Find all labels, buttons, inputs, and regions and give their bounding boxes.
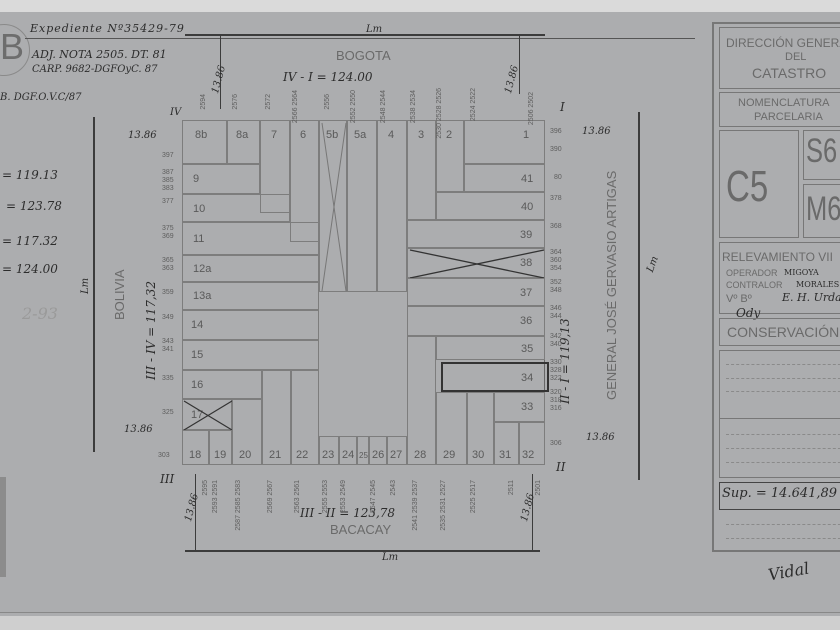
door-numbers-north-9: 2530 2528 2526 xyxy=(436,88,462,139)
sheet-letter: B xyxy=(0,26,24,68)
door-numbers-east-4: 378 xyxy=(550,195,562,203)
divider xyxy=(719,418,840,419)
expediente-underline xyxy=(25,38,695,39)
cross-mark xyxy=(408,249,546,279)
lot-40[interactable]: 40 xyxy=(436,192,545,220)
street-north: BOGOTA xyxy=(336,48,391,63)
door-numbers-south-14: 2501 xyxy=(535,480,543,496)
conservacion-lines-box xyxy=(719,350,840,478)
door-numbers-west-7: 349 xyxy=(162,314,174,322)
door-numbers-south-3: 2587 2585 2583 xyxy=(235,480,261,531)
lot-17[interactable]: 17 xyxy=(182,399,232,430)
measure-2: = 123.78 xyxy=(6,199,62,213)
door-numbers-west-9: 335 xyxy=(162,375,174,383)
door-numbers-south-13: 2511 xyxy=(508,480,516,495)
north-street-line xyxy=(185,34,545,36)
contralor-value: MORALES xyxy=(796,280,839,289)
door-numbers-north-10: 2524 2522 xyxy=(470,88,488,121)
lot-25[interactable]: 25 xyxy=(357,436,369,465)
door-numbers-west-11: 303 xyxy=(158,452,170,460)
door-numbers-north-6: 2552 2550 xyxy=(350,90,368,123)
door-numbers-north-11: 2506 2502 xyxy=(528,92,546,125)
side-west-measure: III - IV = 117,32 xyxy=(144,281,158,380)
operador-label: OPERADOR xyxy=(726,268,778,278)
lot-3[interactable]: 3 xyxy=(407,120,436,220)
chamfer-sw-v: 13.86 xyxy=(183,492,201,523)
door-numbers-north-4: 2566 2564 xyxy=(292,90,310,123)
measure-3: = 117.32 xyxy=(2,234,58,248)
lot-34[interactable]: 34 xyxy=(441,362,549,392)
door-numbers-east-6: 364 360 354 xyxy=(550,249,566,273)
street-west: BOLIVIA xyxy=(112,269,127,320)
chamfer-se-h: 13.86 xyxy=(586,432,615,443)
south-street-line xyxy=(185,550,540,552)
measure-4: = 124.00 xyxy=(2,262,58,276)
cadastral-sheet: B Expediente Nº35429-79 ADJ. NOTA 2505. … xyxy=(0,12,840,616)
dotted-line xyxy=(726,391,840,392)
side-north-measure: IV - I = 124.00 xyxy=(283,70,373,84)
lot-23[interactable]: 23 xyxy=(319,436,339,465)
lot-20[interactable]: 20 xyxy=(232,399,262,465)
lot-19[interactable]: 19 xyxy=(209,430,232,465)
lot-32[interactable]: 32 xyxy=(519,422,545,465)
operador-value: MIGOYA xyxy=(784,268,819,277)
door-numbers-east-10: 330 328 322 xyxy=(550,359,566,383)
door-numbers-south-4: 2569 2567 xyxy=(267,480,285,513)
door-numbers-north-3: 2572 xyxy=(265,94,273,110)
lot-9[interactable]: 9 xyxy=(182,164,260,194)
door-numbers-north-8: 2538 2534 xyxy=(410,90,428,123)
dotted-line xyxy=(726,524,840,525)
door-numbers-west-6: 359 xyxy=(162,289,174,297)
lot-22[interactable]: 22 xyxy=(291,370,319,465)
lot-21[interactable]: 21 xyxy=(262,370,291,465)
lot-14[interactable]: 14 xyxy=(182,310,319,340)
door-numbers-south-8: 2547 2545 xyxy=(370,480,388,513)
cross-mark xyxy=(320,121,348,293)
chamfer-ne-h: 13.86 xyxy=(582,126,611,137)
note-line-2: CARP. 9682-DGFOyC. 87 xyxy=(32,64,157,75)
east-street-line xyxy=(638,112,640,480)
faded-figure xyxy=(0,477,6,577)
door-numbers-west-10: 325 xyxy=(162,409,174,417)
west-street-line xyxy=(93,117,95,452)
door-numbers-south-10: 2541 2539 2537 xyxy=(412,480,438,531)
scan-top-margin xyxy=(0,0,840,12)
lot-10[interactable]: 10 xyxy=(182,194,290,222)
corner-III: III xyxy=(160,472,174,486)
door-numbers-south-9: 2543 xyxy=(390,480,398,496)
dotted-line xyxy=(726,538,840,539)
lot-16[interactable]: 16 xyxy=(182,370,262,399)
ne-tick xyxy=(519,34,520,94)
door-numbers-east-12: 306 xyxy=(550,440,562,448)
lot-5a[interactable]: 5a xyxy=(347,120,377,292)
lm-east: Lm xyxy=(645,255,661,274)
door-numbers-west-8: 343 341 xyxy=(162,338,178,354)
chamfer-nw-v: 13.86 xyxy=(210,64,228,95)
door-numbers-south-2: 2593 2591 xyxy=(212,480,230,513)
door-numbers-south-1: 2595 xyxy=(202,480,210,496)
door-numbers-east-1: 396 xyxy=(550,128,562,136)
lm-north: Lm xyxy=(366,24,382,35)
corner-II: II xyxy=(556,460,565,474)
door-numbers-south-7: 2553 2549 xyxy=(340,480,358,513)
door-numbers-east-8: 346 344 xyxy=(550,305,566,321)
door-numbers-north-7: 2548 2544 xyxy=(380,90,398,123)
lot-13a[interactable]: 13a xyxy=(182,282,319,310)
lot-36[interactable]: 36 xyxy=(407,306,545,336)
door-numbers-east-7: 352 348 xyxy=(550,279,566,295)
lot-1[interactable]: 1 xyxy=(464,120,545,164)
door-numbers-west-1: 397 xyxy=(162,152,174,160)
lot-35[interactable]: 35 xyxy=(436,336,545,360)
door-numbers-west-3: 377 xyxy=(162,198,174,206)
lot-39[interactable]: 39 xyxy=(407,220,545,248)
note-line-3: B. DGF.O.V.C/87 xyxy=(0,92,81,103)
dotted-line xyxy=(726,448,840,449)
door-numbers-west-4: 375 369 xyxy=(162,225,178,241)
org-line-1: DIRECCIÓN GENERAL xyxy=(726,36,840,50)
lot-30[interactable]: 30 xyxy=(467,392,494,465)
lot-18[interactable]: 18 xyxy=(182,430,209,465)
circ-code: C5 xyxy=(726,162,768,212)
nomenclatura-line-1: NOMENCLATURA xyxy=(738,97,829,109)
note-line-1: ADJ. NOTA 2505. DT. 81 xyxy=(32,48,167,61)
dotted-line xyxy=(726,462,840,463)
chamfer-se-v: 13.86 xyxy=(519,492,537,523)
street-east: GENERAL JOSÉ GERVASIO ARTIGAS xyxy=(604,171,619,400)
door-numbers-east-5: 368 xyxy=(550,223,562,231)
corner-IV: IV xyxy=(170,107,181,118)
chamfer-sw-h: 13.86 xyxy=(124,424,153,435)
measure-1: = 119.13 xyxy=(2,168,58,182)
dotted-line xyxy=(726,434,840,435)
door-numbers-east-2: 390 xyxy=(550,146,562,154)
dotted-line xyxy=(726,364,840,365)
lot-31[interactable]: 31 xyxy=(494,422,519,465)
lot-38[interactable]: 38 xyxy=(407,248,545,278)
lm-south: Lm xyxy=(382,552,398,563)
door-numbers-east-11: 320 318 316 xyxy=(550,389,566,413)
vb-label: Vº Bº xyxy=(726,293,752,305)
door-numbers-north-5: 2556 xyxy=(324,94,332,110)
lot-29[interactable]: 29 xyxy=(436,392,467,465)
street-south: BACACAY xyxy=(330,522,391,537)
section-code: S6 xyxy=(806,132,837,171)
vb-value: E. H. Urdan xyxy=(782,291,840,304)
lot-11[interactable]: 11 xyxy=(182,222,319,255)
chamfer-nw-h: 13.86 xyxy=(128,130,157,141)
signature: Vidal xyxy=(767,559,811,585)
lot-24[interactable]: 24 xyxy=(339,436,357,465)
door-numbers-east-9: 342 340 xyxy=(550,333,566,349)
door-numbers-south-11: 2535 2531 2527 xyxy=(440,480,466,531)
lot-4[interactable]: 4 xyxy=(377,120,407,292)
lot-33[interactable]: 33 xyxy=(494,392,545,422)
manzana-code: M6 xyxy=(806,190,840,229)
lot-5b[interactable]: 5b xyxy=(319,120,347,292)
contralor-label: CONTRALOR xyxy=(726,280,783,290)
door-numbers-north-1: 2594 xyxy=(200,94,208,110)
door-numbers-south-5: 2563 2561 xyxy=(294,480,312,513)
bottom-rule xyxy=(0,612,840,613)
lot-26[interactable]: 26 xyxy=(369,436,387,465)
dotted-line xyxy=(726,378,840,379)
relevamiento-title: RELEVAMIENTO VII xyxy=(722,250,833,264)
conservacion-title: CONSERVACIÓN xyxy=(727,324,839,340)
scan-bottom-margin xyxy=(0,616,840,630)
door-numbers-east-3: 80 xyxy=(554,174,562,182)
lot-37[interactable]: 37 xyxy=(407,278,545,306)
lot-12a[interactable]: 12a xyxy=(182,255,319,282)
nomenclatura-line-2: PARCELARIA xyxy=(754,111,823,123)
lot-8a[interactable]: 8a xyxy=(227,120,260,164)
door-numbers-north-2: 2576 xyxy=(232,94,240,110)
lot-15[interactable]: 15 xyxy=(182,340,319,370)
lot-8b[interactable]: 8b xyxy=(182,120,227,164)
door-numbers-west-2: 387 385 383 xyxy=(162,169,178,193)
lot-27[interactable]: 27 xyxy=(387,436,407,465)
expediente-number: Expediente Nº35429-79 xyxy=(30,22,185,35)
door-numbers-west-5: 365 363 xyxy=(162,257,178,273)
org-line-3: CATASTRO xyxy=(752,65,826,81)
lot-41[interactable]: 41 xyxy=(464,164,545,192)
door-numbers-south-12: 2525 2517 xyxy=(470,480,488,513)
cross-mark xyxy=(183,400,233,431)
corner-I: I xyxy=(560,100,565,114)
door-numbers-south-6: 2555 2553 xyxy=(322,480,340,513)
faded-note: 2-93 xyxy=(22,304,58,323)
lot-28[interactable]: 28 xyxy=(407,336,436,465)
org-line-2: DEL xyxy=(785,51,806,63)
lm-west: Lm xyxy=(80,278,91,294)
superficie-value: Sup. = 14.641,89 xyxy=(722,486,837,501)
